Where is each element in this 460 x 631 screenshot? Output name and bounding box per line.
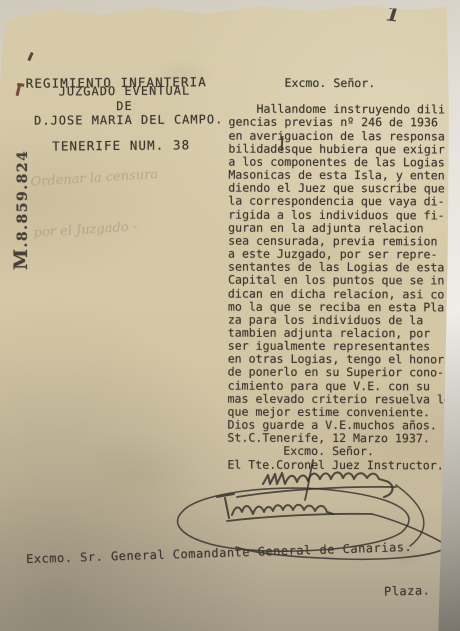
court-de: DE [34, 98, 223, 114]
pencil-note-line1: Ordenar la censura [30, 166, 159, 191]
court-block: JUZGADO EVENTUAL DE D.JOSE MARIA DEL CAM… [34, 83, 223, 128]
page-number-annotation: 1 [385, 1, 401, 26]
stamp-letter-m: M [10, 247, 32, 270]
pen-check-mark-icon [15, 83, 21, 96]
pencil-annotation: Ordenar la censura por el Juzgado - [28, 132, 164, 276]
pencil-note-line2: por el Juzgado - [33, 217, 162, 242]
court-title: JUZGADO EVENTUAL [34, 83, 223, 99]
footer-plaza: Plaza. [384, 583, 431, 598]
court-judge-name: D.JOSE MARIA DEL CAMPO. [34, 112, 223, 128]
photo-background: 1 REGIMIENTO INFANTERIA TENERIFE NUM. 38… [0, 0, 460, 631]
document-paper: 1 REGIMIENTO INFANTERIA TENERIFE NUM. 38… [0, 0, 460, 631]
letter-body: Excmo. Señor. Hallandome instruyendo dil… [227, 77, 452, 472]
